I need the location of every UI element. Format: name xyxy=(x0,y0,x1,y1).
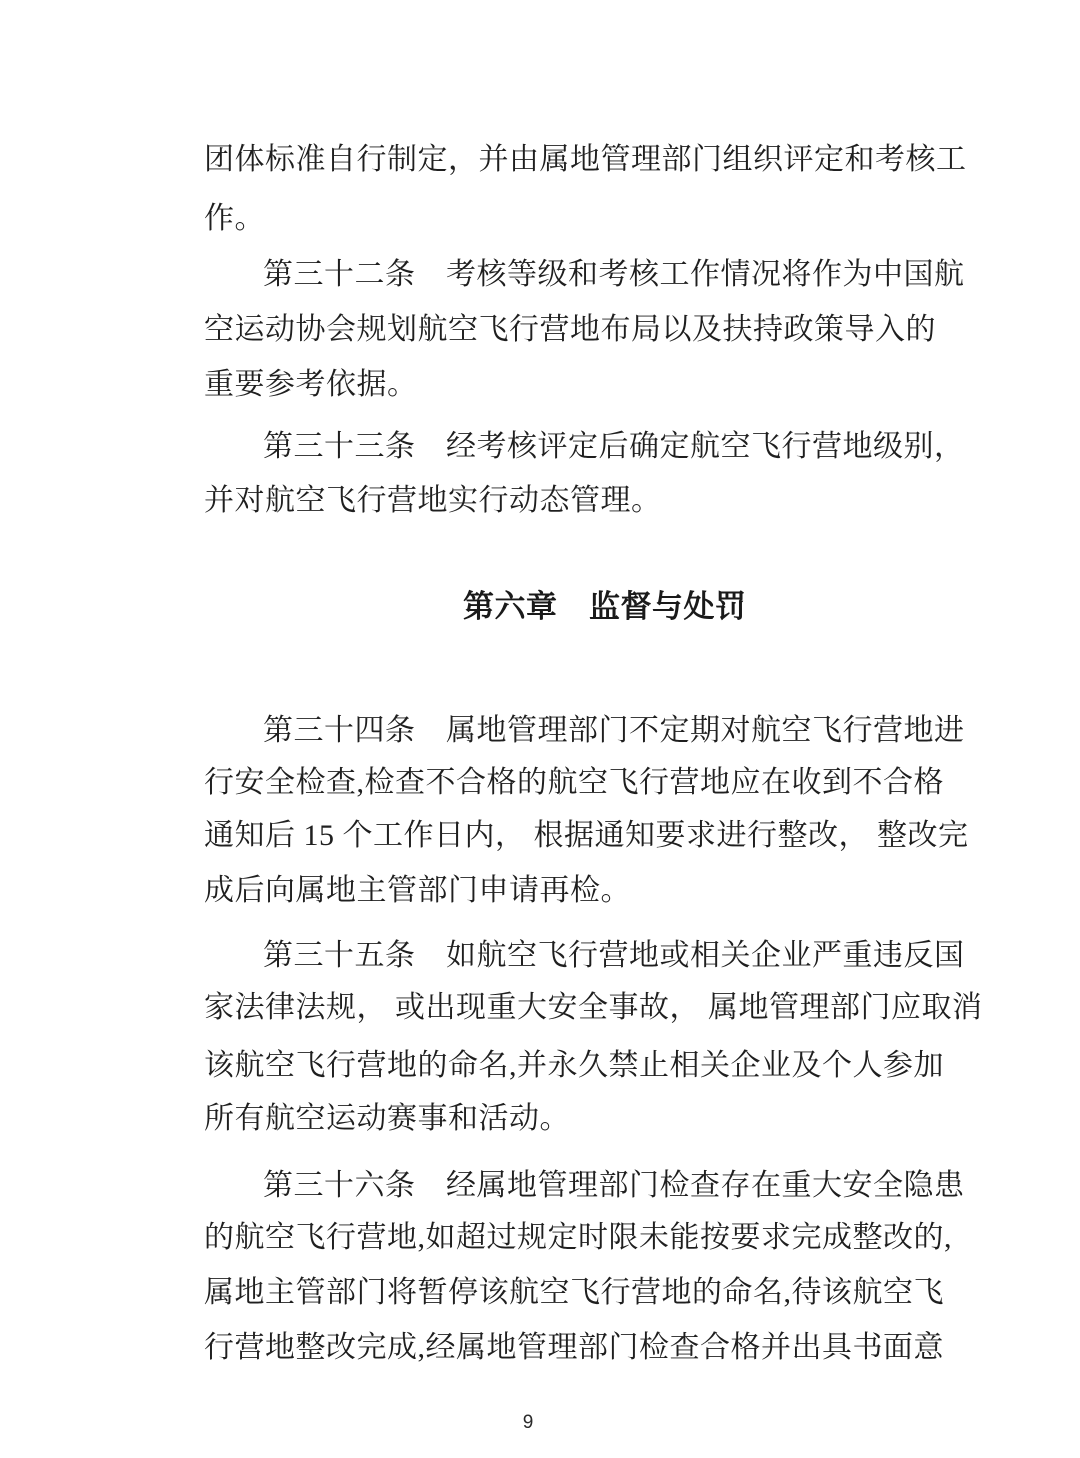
body-text-line: 团体标准自行制定，并由属地管理部门组织评定和考核工 xyxy=(204,143,967,177)
body-text-line: 空运动协会规划航空飞行营地布局以及扶持政策导入的 xyxy=(204,313,936,347)
body-text-line: 成后向属地主管部门申请再检。 xyxy=(204,874,631,908)
chapter-heading: 第六章 监督与处罚 xyxy=(463,590,747,624)
body-text-line: 行安全检查,检查不合格的航空飞行营地应在收到不合格 xyxy=(204,766,944,800)
article-32-start-line: 第三十二条 考核等级和考核工作情况将作为中国航 xyxy=(263,258,965,292)
article-34-start-line: 第三十四条 属地管理部门不定期对航空飞行营地进 xyxy=(263,714,965,748)
body-text-line: 行营地整改完成,经属地管理部门检查合格并出具书面意 xyxy=(204,1331,944,1365)
article-33-start-line: 第三十三条 经考核评定后确定航空飞行营地级别， xyxy=(263,430,965,464)
body-text-line: 家法律法规， 或出现重大安全事故， 属地管理部门应取消 xyxy=(204,991,983,1025)
body-text-line: 作。 xyxy=(204,202,265,236)
body-text-line: 的航空飞行营地,如超过规定时限未能按要求完成整改的, xyxy=(204,1221,952,1255)
page-number: 9 xyxy=(0,1412,1056,1434)
body-text-line: 所有航空运动赛事和活动。 xyxy=(204,1102,570,1136)
article-36-start-line: 第三十六条 经属地管理部门检查存在重大安全隐患 xyxy=(263,1169,965,1203)
body-text-line: 该航空飞行营地的命名,并永久禁止相关企业及个人参加 xyxy=(204,1049,944,1083)
body-text-line: 属地主管部门将暂停该航空飞行营地的命名,待该航空飞 xyxy=(204,1276,944,1310)
body-text-line: 并对航空飞行营地实行动态管理。 xyxy=(204,484,662,518)
document-page: 团体标准自行制定，并由属地管理部门组织评定和考核工 作。 第三十二条 考核等级和… xyxy=(0,0,1080,1458)
body-text-line: 通知后 15 个工作日内， 根据通知要求进行整改， 整改完 xyxy=(204,819,969,853)
article-35-start-line: 第三十五条 如航空飞行营地或相关企业严重违反国 xyxy=(263,939,965,973)
body-text-line: 重要参考依据。 xyxy=(204,368,418,402)
